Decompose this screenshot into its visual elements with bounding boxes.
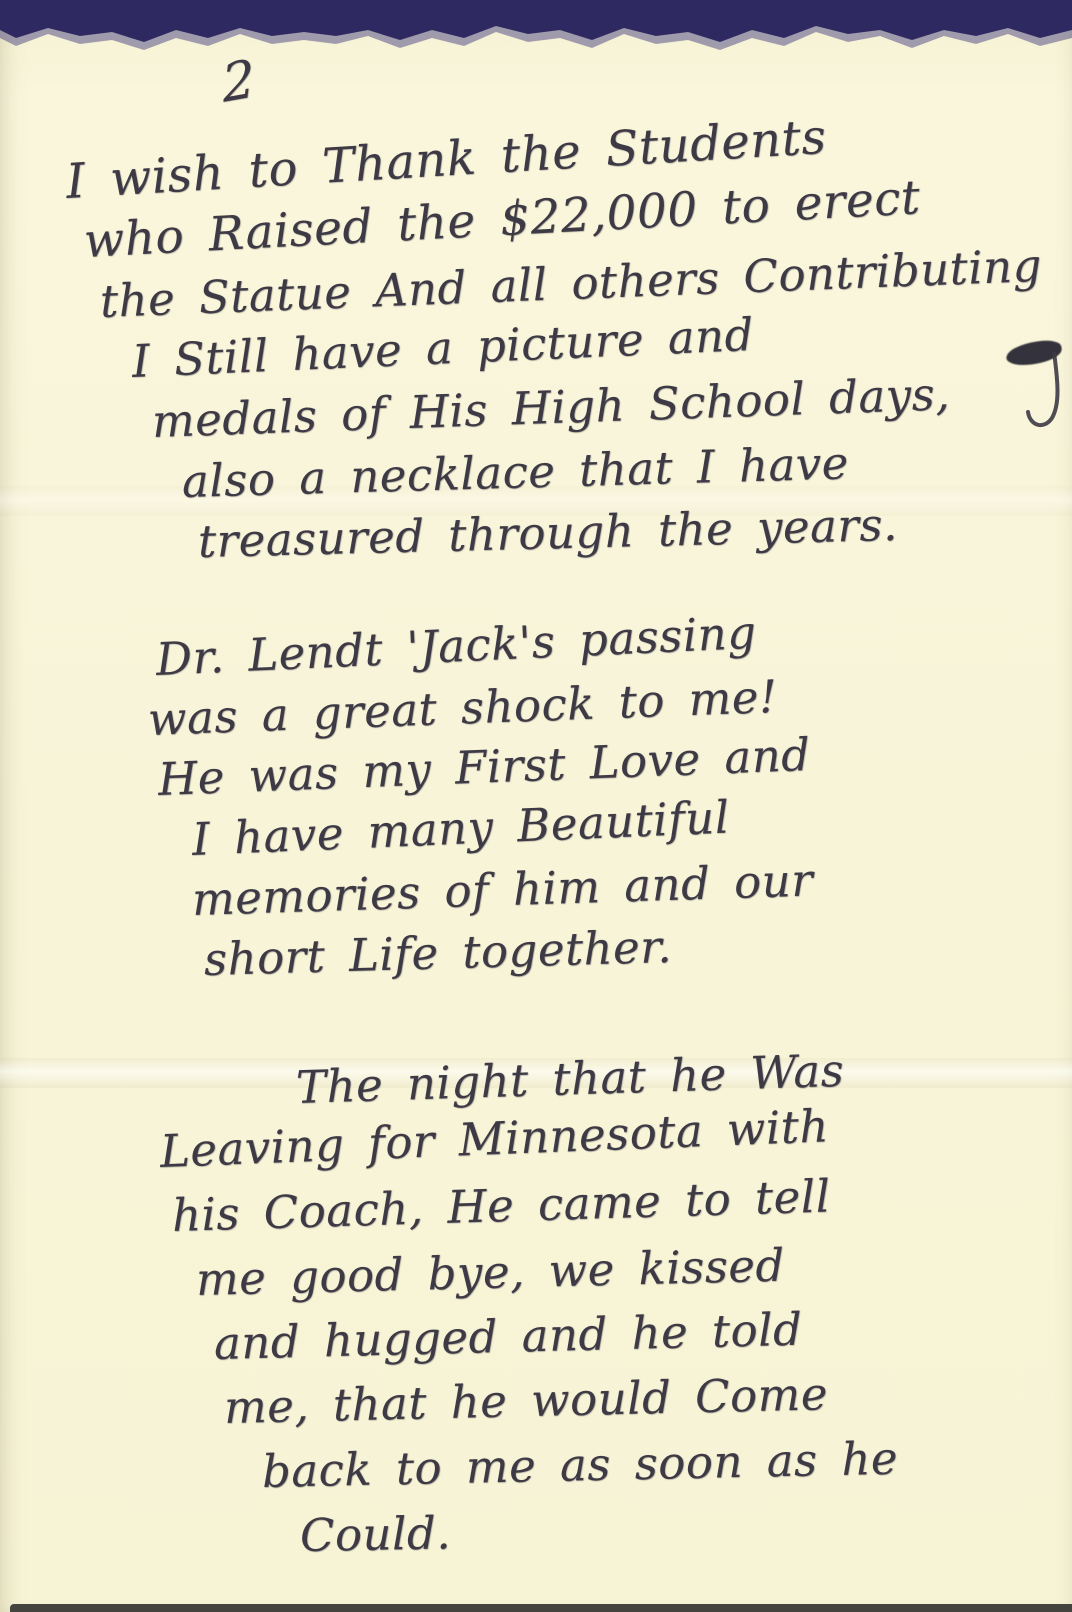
paragraph-jacks-passing: Dr. Lendt 'Jack's passing was a great sh… [0,630,1072,990]
torn-paper-edge-top [0,0,1072,52]
handwritten-line: Could. [299,1491,1072,1568]
letter-page: 2 I wish to Thank the Students who Raise… [0,0,1072,1612]
paragraph-thanks: I wish to Thank the Students who Raised … [0,152,1072,572]
paragraph-the-night: The night that he Was Leaving for Minnes… [0,1056,1072,1568]
page-number-mark: 2 [220,49,257,115]
scan-bottom-edge [10,1604,1072,1612]
ink-flourish-descender [1024,352,1064,442]
letter-text: I wish to Thank the Students who Raised … [0,152,1072,1568]
